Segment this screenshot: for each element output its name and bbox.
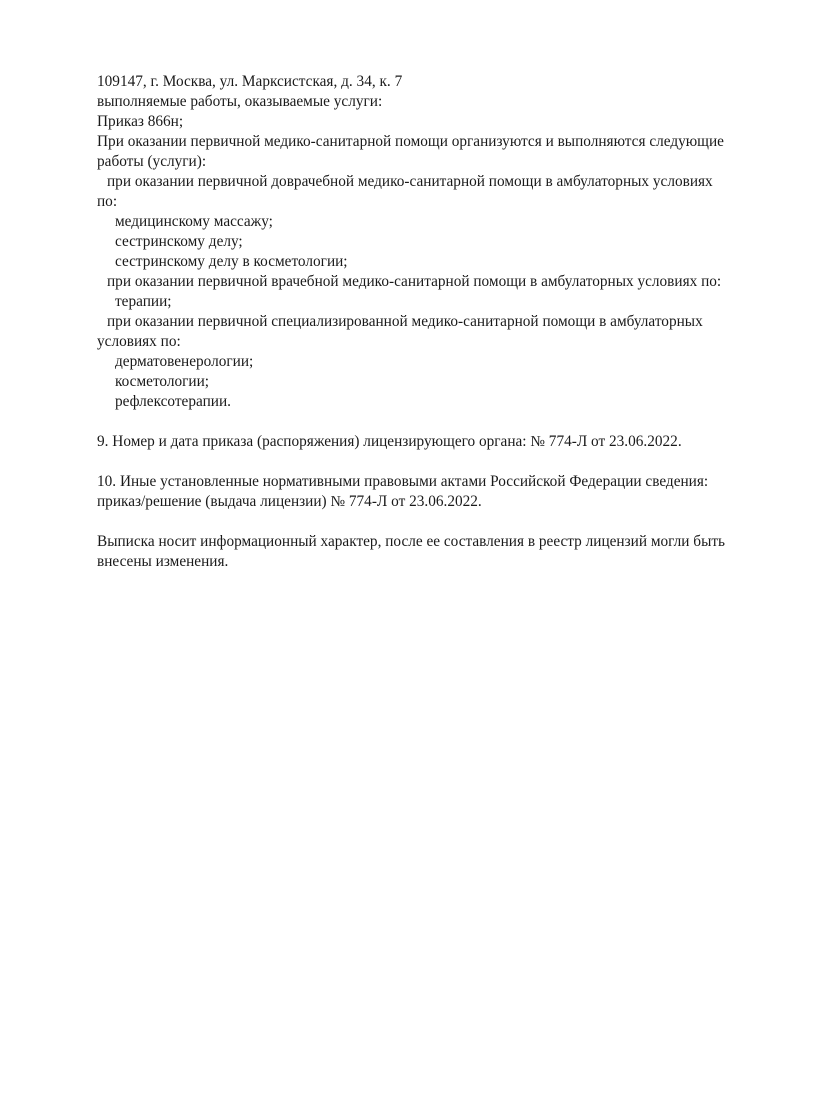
intro-line-1: При оказании первичной медико-санитарной…	[97, 132, 787, 152]
address-line: 109147, г. Москва, ул. Марксистская, д. …	[97, 72, 787, 92]
section-10-line-1: 10. Иные установленные нормативными прав…	[97, 472, 787, 492]
group-heading: при оказании первичной доврачебной медик…	[97, 172, 787, 192]
group-heading-continuation: по:	[97, 192, 787, 212]
section-9-order-number: 9. Номер и дата приказа (распоряжения) л…	[97, 432, 787, 452]
group-heading-continuation: условиях по:	[97, 332, 787, 352]
intro-line-2: работы (услуги):	[97, 152, 787, 172]
order-reference: Приказ 866н;	[97, 112, 787, 132]
service-item: сестринскому делу;	[97, 232, 787, 252]
service-item: дерматовенерологии;	[97, 352, 787, 372]
service-item: медицинскому массажу;	[97, 212, 787, 232]
service-item: рефлексотерапии.	[97, 392, 787, 412]
service-item: косметологии;	[97, 372, 787, 392]
document-page: 109147, г. Москва, ул. Марксистская, д. …	[97, 72, 787, 572]
spacer	[97, 412, 787, 432]
spacer	[97, 452, 787, 472]
group-heading: при оказании первичной врачебной медико-…	[97, 272, 787, 292]
spacer	[97, 512, 787, 532]
service-item: сестринскому делу в косметологии;	[97, 252, 787, 272]
service-item: терапии;	[97, 292, 787, 312]
disclaimer-line-1: Выписка носит информационный характер, п…	[97, 532, 787, 552]
works-label: выполняемые работы, оказываемые услуги:	[97, 92, 787, 112]
section-10-line-2: приказ/решение (выдача лицензии) № 774-Л…	[97, 492, 787, 512]
group-heading: при оказании первичной специализированно…	[97, 312, 787, 332]
disclaimer-line-2: внесены изменения.	[97, 552, 787, 572]
